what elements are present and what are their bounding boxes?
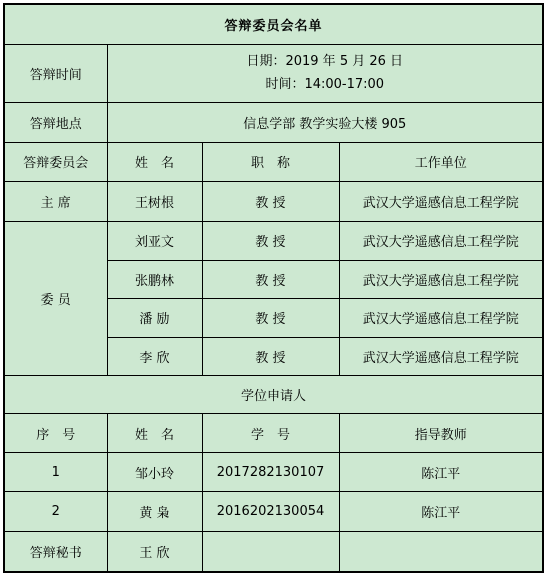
defense-time-line: 时间：14:00-17:00	[112, 73, 539, 96]
table-row: 答辩委员会 姓 名 职 称 工作单位	[4, 143, 543, 181]
page-title: 答辩委员会名单	[4, 4, 543, 44]
column-header-title: 职 称	[202, 143, 339, 181]
defense-committee-table: 答辩委员会名单 答辩时间 日期：2019 年 5 月 26 日 时间：14:00…	[3, 3, 544, 573]
member-name-cell: 潘 励	[107, 299, 202, 337]
member-title-cell: 教 授	[202, 299, 339, 337]
secretary-name-cell: 王 欣	[107, 531, 202, 572]
table-row: 委 员 刘亚文 教 授 武汉大学遥感信息工程学院	[4, 222, 543, 260]
column-header-name: 姓 名	[107, 414, 202, 452]
table-row: 答辩地点 信息学部 教学实验大楼 905	[4, 102, 543, 142]
secretary-label: 答辩秘书	[4, 531, 107, 572]
applicant-student-id-cell: 2017282130107	[202, 452, 339, 491]
applicant-advisor-cell: 陈江平	[339, 492, 543, 531]
table-row: 序 号 姓 名 学 号 指导教师	[4, 414, 543, 452]
applicants-section-title: 学位申请人	[4, 376, 543, 414]
chair-affiliation-cell: 武汉大学遥感信息工程学院	[339, 181, 543, 221]
applicant-advisor-cell: 陈江平	[339, 452, 543, 491]
member-affiliation-cell: 武汉大学遥感信息工程学院	[339, 299, 543, 337]
members-role-cell: 委 员	[4, 222, 107, 376]
defense-location-value: 信息学部 教学实验大楼 905	[107, 102, 543, 142]
defense-time-label: 答辩时间	[4, 44, 107, 102]
column-header-index: 序 号	[4, 414, 107, 452]
column-header-advisor: 指导教师	[339, 414, 543, 452]
applicant-name-cell: 邹小玲	[107, 452, 202, 491]
column-header-name: 姓 名	[107, 143, 202, 181]
column-header-affiliation: 工作单位	[339, 143, 543, 181]
table-row: 学位申请人	[4, 376, 543, 414]
chair-role-cell: 主 席	[4, 181, 107, 221]
member-affiliation-cell: 武汉大学遥感信息工程学院	[339, 260, 543, 298]
table-row: 答辩时间 日期：2019 年 5 月 26 日 时间：14:00-17:00	[4, 44, 543, 102]
defense-location-label: 答辩地点	[4, 102, 107, 142]
table-row: 主 席 王树根 教 授 武汉大学遥感信息工程学院	[4, 181, 543, 221]
applicant-index-cell: 1	[4, 452, 107, 491]
member-name-cell: 李 欣	[107, 337, 202, 375]
applicant-student-id-cell: 2016202130054	[202, 492, 339, 531]
table-row: 答辩委员会名单	[4, 4, 543, 44]
table-row: 答辩秘书 王 欣	[4, 531, 543, 572]
table-row: 2 黄 枭 2016202130054 陈江平	[4, 492, 543, 531]
column-header-student-id: 学 号	[202, 414, 339, 452]
member-name-cell: 刘亚文	[107, 222, 202, 260]
member-affiliation-cell: 武汉大学遥感信息工程学院	[339, 222, 543, 260]
applicant-index-cell: 2	[4, 492, 107, 531]
applicant-name-cell: 黄 枭	[107, 492, 202, 531]
table-row: 1 邹小玲 2017282130107 陈江平	[4, 452, 543, 491]
chair-title-cell: 教 授	[202, 181, 339, 221]
secretary-empty-cell	[339, 531, 543, 572]
member-title-cell: 教 授	[202, 337, 339, 375]
member-name-cell: 张鹏林	[107, 260, 202, 298]
defense-date-line: 日期：2019 年 5 月 26 日	[112, 50, 539, 73]
defense-time-value: 日期：2019 年 5 月 26 日 时间：14:00-17:00	[107, 44, 543, 102]
member-title-cell: 教 授	[202, 260, 339, 298]
member-affiliation-cell: 武汉大学遥感信息工程学院	[339, 337, 543, 375]
committee-label: 答辩委员会	[4, 143, 107, 181]
member-title-cell: 教 授	[202, 222, 339, 260]
secretary-empty-cell	[202, 531, 339, 572]
chair-name-cell: 王树根	[107, 181, 202, 221]
